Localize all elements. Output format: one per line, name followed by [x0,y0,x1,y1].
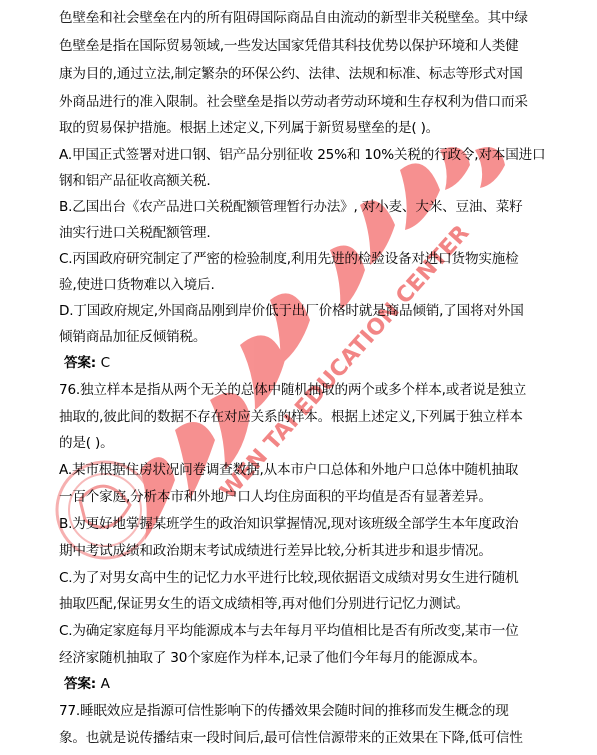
answer-75: 答案: C [59,353,542,373]
answer-value: A [101,676,110,692]
option-d-cont: 经济家随机抽取了 30个家庭作为样本,记录了他们今年每月的能源成本。 [59,648,537,668]
option-c-cont: 验,使进口货物难以入境后. [59,275,537,295]
option-a: A.甲国正式签署对进口钢、铝产品分别征收 25%和 10%关税的行政令,对本国进… [59,145,537,165]
text-line: 色壁垒是指在国际贸易领域,一些发达国家凭借其科技优势以保护环境和人类健 [59,36,537,56]
option-d: D.丁国政府规定,外国商品刚到岸价低于出厂价格时就是商品倾销,了国将对外国 [59,301,537,321]
answer-76: 答案: A [59,674,542,694]
question-76: 76.独立样本是指从两个无关的总体中随机抽取的两个或多个样本,或者说是独立 [59,380,537,400]
answer-value: C [101,355,110,371]
option-b: B.为更好地掌握某班学生的政治知识掌握情况,现对该班级全部学生本年度政治 [59,514,537,534]
option-b-cont: 期中考试成绩和政治期末考试成绩进行差异比较,分析其进步和退步情况。 [59,541,537,561]
text-line: 色壁垒和社会壁垒在内的所有阻碍国际商品自由流动的新型非关税壁垒。其中绿 [59,8,537,28]
question-prompt: 取的贸易保护措施。根据上述定义,下列属于新贸易壁垒的是( )。 [59,118,537,138]
answer-label: 答案: [64,355,96,371]
option-d-cont: 倾销商品加征反倾销税。 [59,327,537,347]
watermark-graphic: WEN TAI EDUCATION CENTER [0,0,597,755]
question-prompt: 的是( )。 [59,433,537,453]
option-d: C.为确定家庭每月平均能源成本与去年每月平均值相比是否有所改变,某市一位 [59,621,537,641]
option-b-cont: 油实行进口关税配额管理. [59,223,537,243]
text-line: 抽取的,彼此间的数据不存在对应关系的样本。根据上述定义,下列属于独立样本 [59,407,537,427]
option-c: C.丙国政府研究制定了严密的检验制度,利用先进的检验设备对进口货物实施检 [59,249,537,269]
option-c: C.为了对男女高中生的记忆力水平进行比较,现依据语文成绩对男女生进行随机 [59,568,537,588]
question-77: 77.睡眠效应是指源可信性影响下的传播效果会随时间的推移而发生概念的现 [59,701,537,721]
option-a: A.某市根据住房状况问卷调查数据,从本市户口总体和外地户口总体中随机抽取 [59,460,537,480]
option-b: B.乙国出台《农产品进口关税配额管理暂行办法》, 对小麦、大米、豆油、菜籽 [59,197,537,217]
text-line: 外商品进行的准入限制。社会壁垒是指以劳动者劳动环境和生存权利为借口而采 [59,92,537,112]
option-c-cont: 抽取匹配,保证男女生的语文成绩相等,再对他们分别进行记忆力测试。 [59,594,537,614]
text-line: 象。也就是说传播结束一段时间后,最可信性信源带来的正效果在下降,低可信性 [59,728,537,748]
option-a-cont: 钢和铝产品征收高额关税. [59,171,537,191]
answer-label: 答案: [64,676,96,692]
option-a-cont: 一百个家庭,分析本市和外地户口人均住房面积的平均值是否有显著差异。 [59,487,537,507]
watermark: WEN TAI EDUCATION CENTER [0,0,597,755]
text-line: 康为目的,通过立法,制定繁杂的环保公约、法律、法规和标准、标志等形式对国 [59,64,537,84]
